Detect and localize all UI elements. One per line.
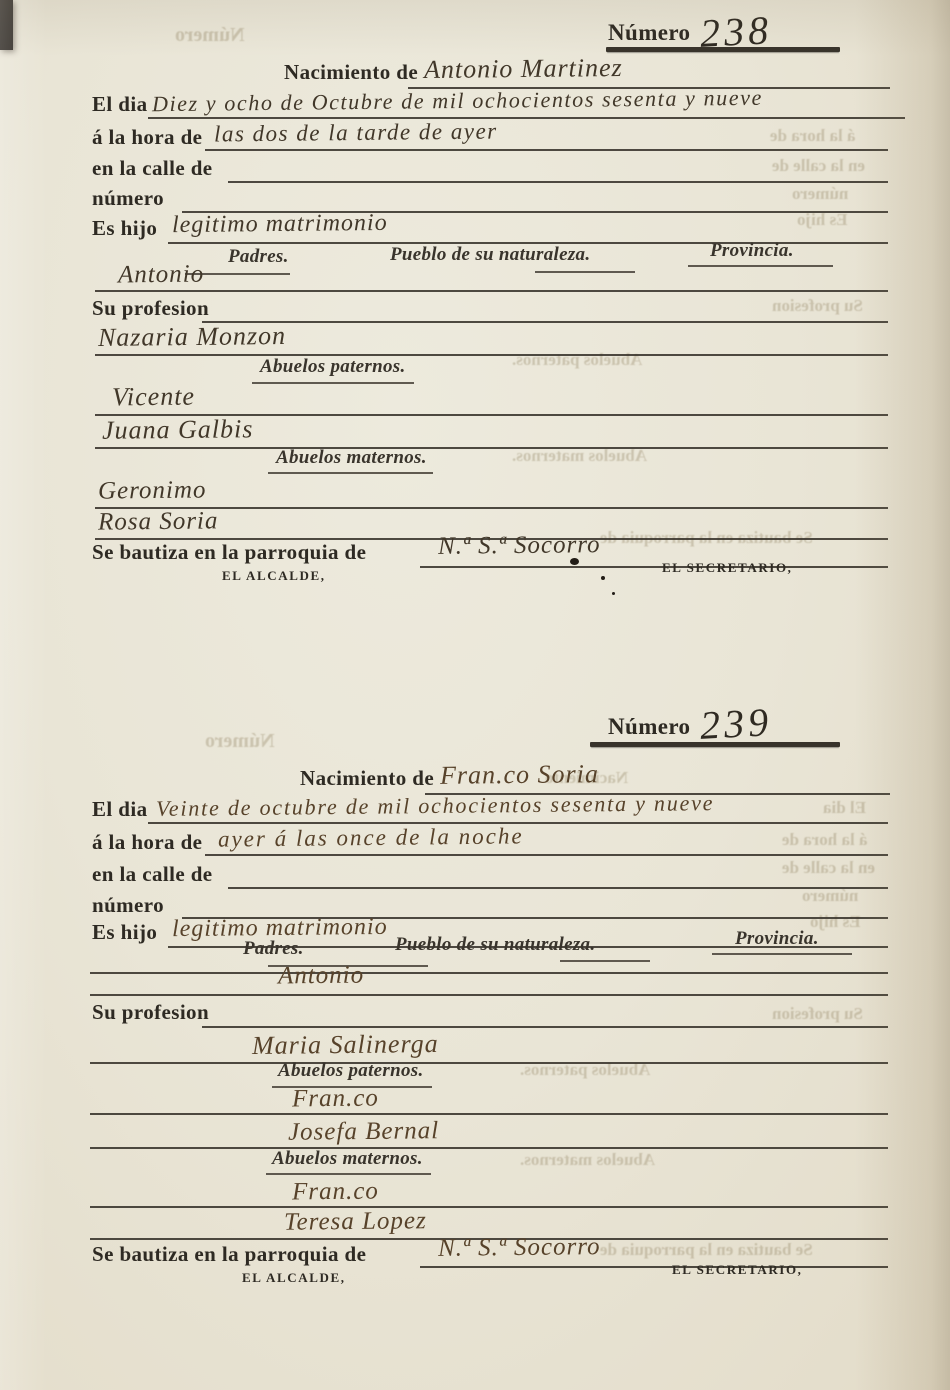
binding-shadow [0,0,13,50]
abuelo-materno-handwritten: Geronimo [98,476,207,505]
form-line [420,566,888,568]
ghost-text: Se bautiza en la parroquia de [600,1240,813,1260]
form-line [90,994,888,996]
form-line [90,1062,888,1064]
ghost-text: número [792,184,848,204]
nacimiento-handwritten: Antonio Martinez [424,53,623,85]
bautiza-handwritten: N.ª S.ª Socorro [438,1233,601,1263]
nacimiento-label: Nacimiento de [300,766,434,791]
form-line [90,1113,888,1115]
padre-handwritten: Antonio [278,962,364,991]
bautiza-handwritten: N.ª S.ª Socorro [438,531,601,561]
profesion-label: Su profesion [92,1000,209,1025]
ghost-text: en la calle de [772,156,865,176]
ghost-text: Abuelos paternos. [512,350,642,370]
abuelo-paterno-handwritten: Fran.co [292,1085,379,1114]
padres-header: Padres. [243,938,304,960]
provincia-header: Provincia. [735,928,819,950]
header-underline [266,1173,431,1175]
ink-blot [612,592,615,595]
nacimiento-label: Nacimiento de [284,60,418,85]
abuelos-maternos-header: Abuelos maternos. [276,447,427,469]
form-line [205,149,888,151]
ghost-text: Número [175,24,245,47]
form-line [148,117,905,119]
bautiza-label: Se bautiza en la parroquia de [92,1242,366,1267]
dia-handwritten: Diez y ocho de Octubre de mil ochociento… [152,85,763,117]
hora-handwritten: las dos de la tarde de ayer [214,119,498,148]
form-line [205,854,888,856]
form-line [228,887,888,889]
scanned-register-page: Número á la hora de en la calle de númer… [0,0,950,1390]
ghost-text: á la hora de [770,126,855,146]
dia-label: El dia [92,797,148,822]
hora-handwritten: ayer á las once de la noche [218,823,524,852]
ghost-text: El dia [823,798,866,818]
abuela-materna-handwritten: Rosa Soria [98,507,219,536]
form-line [90,1147,888,1149]
abuelos-paternos-header: Abuelos paternos. [260,356,406,378]
form-line [90,1206,888,1208]
profesion-label: Su profesion [92,296,209,321]
secretario-label: EL SECRETARIO, [662,560,793,576]
madre-handwritten: Maria Salinerga [252,1029,439,1061]
padre-handwritten: Antonio [118,261,204,290]
header-underline [712,953,852,955]
ghost-text: en la calle de [782,858,875,878]
numero-casa-label: número [92,186,164,211]
ghost-text: Su profesion [772,1004,863,1024]
secretario-label: EL SECRETARIO, [672,1262,803,1278]
form-line [202,321,888,323]
ghost-text: Es hijo [797,210,848,230]
abuelos-paternos-header: Abuelos paternos. [278,1060,424,1082]
ink-blot [601,576,605,580]
form-line [420,1266,888,1268]
madre-handwritten: Nazaria Monzon [98,321,286,353]
ghost-text: Abuelos maternos. [512,446,647,466]
ink-blot [570,558,579,565]
dia-handwritten: Veinte de octubre de mil ochocientos ses… [156,790,715,822]
header-underline [535,271,635,273]
abuela-paterna-handwritten: Josefa Bernal [288,1117,439,1147]
pueblo-header: Pueblo de su naturaleza. [395,934,595,956]
form-line [228,181,888,183]
abuelos-maternos-header: Abuelos maternos. [272,1148,423,1170]
header-underline [560,960,650,962]
form-line [95,447,888,449]
hora-label: á la hora de [92,125,202,150]
padres-header: Padres. [228,246,289,268]
header-underline [268,472,433,474]
numero-casa-label: número [92,893,164,918]
abuelo-paterno-handwritten: Vicente [112,382,195,413]
header-underline [252,382,414,384]
hijo-label: Es hijo [92,920,157,945]
ghost-text: número [802,886,858,906]
hijo-handwritten: legitimo matrimonio [172,210,388,239]
ghost-text: Su profesion [772,296,863,316]
abuelo-materno-handwritten: Fran.co [292,1178,379,1207]
form-line [95,354,888,356]
alcalde-label: EL ALCALDE, [222,568,326,584]
bautiza-label: Se bautiza en la parroquia de [92,540,366,565]
provincia-header: Provincia. [710,240,794,262]
ghost-text: Abuelos maternos. [520,1150,655,1170]
numero-rule [590,742,840,747]
alcalde-label: EL ALCALDE, [242,1270,346,1286]
pueblo-header: Pueblo de su naturaleza. [390,244,590,266]
form-line [202,1026,888,1028]
abuela-materna-handwritten: Teresa Lopez [284,1207,427,1236]
ghost-text: Número [205,730,275,753]
calle-label: en la calle de [92,862,213,887]
dia-label: El dia [92,92,148,117]
form-line [95,290,888,292]
numero-label: Número [608,20,690,46]
hora-label: á la hora de [92,830,202,855]
abuela-paterna-handwritten: Juana Galbis [102,414,254,446]
form-line [90,972,888,974]
numero-label: Número [608,714,690,740]
numero-rule [606,47,840,52]
hijo-label: Es hijo [92,216,157,241]
calle-label: en la calle de [92,156,213,181]
ghost-text: á la hora de [782,830,867,850]
nacimiento-handwritten: Fran.co Soria [440,759,599,791]
header-underline [688,265,833,267]
